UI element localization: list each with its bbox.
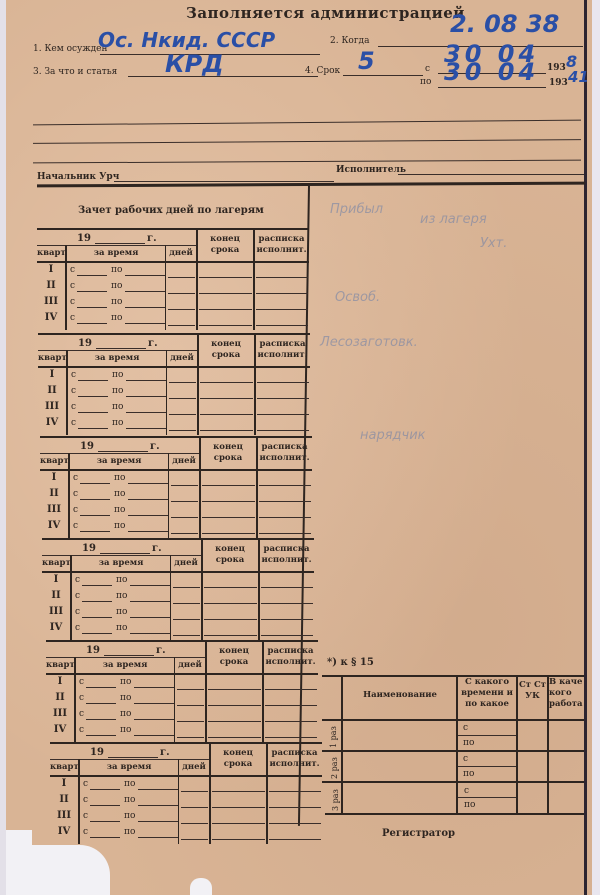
block-top [46, 640, 318, 642]
end-field[interactable] [208, 705, 261, 706]
quarter-label: IV [42, 622, 70, 633]
reg-col-role-3: работа [549, 699, 585, 710]
period-from-field[interactable] [86, 719, 116, 720]
period-from-label: с [73, 489, 78, 499]
days-field[interactable] [171, 501, 198, 502]
period-to-field[interactable] [130, 633, 170, 634]
reg-col-article-2: УК [518, 691, 547, 702]
period-from-field[interactable] [80, 531, 110, 532]
quarter-label: IV [50, 826, 78, 837]
period-to-field[interactable] [134, 703, 174, 704]
header-line [38, 350, 198, 351]
faint-note: Ухт. [480, 236, 507, 251]
footnote: *) к § 15 [327, 657, 374, 668]
days-field[interactable] [173, 587, 200, 588]
period-from-label: с [75, 607, 80, 617]
torn-notch [190, 878, 212, 895]
period-from-field[interactable] [77, 291, 107, 292]
sign-field[interactable] [269, 823, 321, 824]
when-value: 2. 08 38 [450, 10, 559, 38]
sign-field[interactable] [259, 533, 311, 534]
to-value: 30 04 [444, 58, 539, 86]
term-line [343, 75, 423, 76]
period-from-field[interactable] [86, 703, 116, 704]
col-sign-1: расписка [255, 339, 310, 350]
period-to-label: по [111, 313, 122, 323]
workdays-block: 19г.квартза времяднейконецсрокараспискаи… [37, 228, 309, 330]
reg-header-bottom [322, 719, 584, 721]
year-prefix: 19 [78, 338, 92, 349]
period-to-field[interactable] [126, 428, 166, 429]
period-from-label: с [70, 313, 75, 323]
end-field[interactable] [208, 737, 261, 738]
sign-field[interactable] [257, 414, 309, 415]
sign-field[interactable] [265, 705, 317, 706]
sign-field[interactable] [256, 309, 308, 310]
col-end-1: конец [200, 442, 256, 453]
reg-row-to: по [464, 800, 475, 810]
period-to-field[interactable] [126, 412, 166, 413]
col-end: конецсрока [200, 442, 256, 464]
header-line [37, 245, 197, 246]
end-field[interactable] [200, 398, 253, 399]
col-sign-1: расписка [257, 442, 312, 453]
reg-row2-bottom [322, 781, 584, 783]
end-field[interactable] [204, 635, 257, 636]
sign-field[interactable] [259, 501, 311, 502]
faint-note: Прибыл [330, 202, 383, 217]
quarter-label: I [38, 369, 66, 380]
end-field[interactable] [202, 485, 255, 486]
year-prefix: 19 [77, 233, 91, 244]
header-line [42, 555, 202, 556]
reg-row-from: с [464, 786, 469, 796]
quarter-label: IV [46, 724, 74, 735]
period-to-label: по [114, 489, 125, 499]
sign-field[interactable] [261, 587, 313, 588]
days-field[interactable] [169, 414, 196, 415]
sign-field[interactable] [261, 603, 313, 604]
period-to-label: по [124, 811, 135, 821]
period-from-label: с [75, 575, 80, 585]
reg-top [322, 675, 584, 677]
period-to-field[interactable] [125, 275, 165, 276]
v-quarter [74, 657, 76, 742]
reg-col-role: В каче кого работа [549, 677, 585, 710]
period-to-field[interactable] [125, 291, 165, 292]
days-field[interactable] [171, 517, 198, 518]
year-suffix: г. [152, 543, 162, 554]
period-from-label: с [73, 505, 78, 515]
v-sign [253, 228, 255, 330]
workdays-block: 19г.квартза времяднейконецсрокараспискаи… [46, 640, 318, 742]
period-from-field[interactable] [90, 789, 120, 790]
period-to-label: по [116, 575, 127, 585]
period-to-label: по [114, 473, 125, 483]
period-to-label: по [112, 386, 123, 396]
quarter-label: I [42, 574, 70, 585]
period-from-field[interactable] [78, 412, 108, 413]
v-sign [262, 640, 264, 742]
sign-field[interactable] [261, 619, 313, 620]
period-from-field[interactable] [80, 499, 110, 500]
v-sign [258, 538, 260, 640]
header-bottom [50, 775, 322, 777]
torn-edge [0, 0, 6, 895]
days-field[interactable] [177, 737, 204, 738]
col-quarter: кварт [50, 762, 78, 773]
period-to-field[interactable] [128, 483, 168, 484]
period-to-field[interactable] [125, 323, 165, 324]
period-from-field[interactable] [82, 601, 112, 602]
reg-col-article-1: Ст Ст [518, 680, 547, 691]
period-from-field[interactable] [77, 307, 107, 308]
quarter-label: II [46, 692, 74, 703]
period-to-field[interactable] [130, 585, 170, 586]
faint-note: нарядчик [360, 428, 426, 443]
end-field[interactable] [202, 501, 255, 502]
col-sign-2: исполнит. [257, 453, 312, 464]
period-to-label: по [124, 827, 135, 837]
block-top [37, 228, 309, 230]
reg-col-since-1: С какого [458, 677, 516, 688]
from-year-print: 193 [547, 63, 566, 73]
year-line [96, 348, 146, 349]
col-end: конецсрока [206, 646, 262, 668]
workdays-title: Зачет рабочих дней по лагерям [78, 205, 264, 216]
period-from-field[interactable] [82, 617, 112, 618]
days-field[interactable] [181, 791, 208, 792]
period-from-field[interactable] [78, 380, 108, 381]
days-field[interactable] [169, 430, 196, 431]
reg-col-article: Ст Ст УК [518, 680, 547, 702]
reg-row1-bottom [322, 750, 584, 752]
header-bottom [37, 261, 309, 263]
days-field[interactable] [169, 398, 196, 399]
block-top [42, 538, 314, 540]
block-top [38, 333, 310, 335]
v-quarter [68, 453, 70, 538]
torn-corner [0, 845, 110, 895]
sign-field[interactable] [257, 382, 309, 383]
col-end-1: конец [206, 646, 262, 657]
col-end-2: срока [197, 245, 253, 256]
col-sign: распискаисполнит. [254, 234, 309, 256]
period-to-field[interactable] [138, 789, 178, 790]
period-from-field[interactable] [82, 585, 112, 586]
period-to-label: по [112, 402, 123, 412]
reg-col-since-3: по какое [458, 699, 516, 710]
days-field[interactable] [169, 382, 196, 383]
v-days [165, 245, 166, 330]
term-value: 5 [358, 47, 375, 75]
period-from-field[interactable] [80, 483, 110, 484]
col-end-1: конец [202, 544, 258, 555]
v-end [197, 333, 199, 435]
days-field[interactable] [168, 325, 195, 326]
year-label: 19 [86, 645, 100, 656]
period-from-field[interactable] [90, 821, 120, 822]
v-quarter [70, 555, 72, 640]
to-line [438, 87, 546, 88]
col-sign-1: расписка [259, 544, 314, 555]
period-from-label: с [73, 521, 78, 531]
end-field[interactable] [212, 791, 265, 792]
quarter-label: IV [37, 312, 65, 323]
end-field[interactable] [200, 382, 253, 383]
period-to-field[interactable] [128, 531, 168, 532]
sign-field[interactable] [257, 430, 309, 431]
col-end-2: срока [200, 453, 256, 464]
period-from-label: с [83, 827, 88, 837]
year-line [104, 655, 154, 656]
blank-line-2 [33, 139, 581, 144]
quarter-label: II [37, 280, 65, 291]
quarter-label: I [46, 676, 74, 687]
end-field[interactable] [199, 277, 252, 278]
period-from-label: с [75, 591, 80, 601]
col-quarter: кварт [38, 353, 66, 364]
header-line [40, 453, 200, 454]
quarter-label: II [40, 488, 68, 499]
end-field[interactable] [202, 517, 255, 518]
v-sign [254, 333, 256, 435]
sign-field[interactable] [256, 293, 308, 294]
quarter-label: I [37, 264, 65, 275]
col-end-1: конец [210, 748, 266, 759]
end-field[interactable] [200, 430, 253, 431]
period-from-field[interactable] [80, 515, 110, 516]
period-to-label: по [111, 265, 122, 275]
end-field[interactable] [212, 839, 265, 840]
period-from-field[interactable] [86, 735, 116, 736]
quarter-label: IV [40, 520, 68, 531]
col-days: дней [169, 456, 199, 467]
term-label: 4. Срок [305, 66, 340, 76]
header-line [46, 657, 206, 658]
period-to-label: по [111, 297, 122, 307]
sign-field[interactable] [265, 689, 317, 690]
end-field[interactable] [199, 293, 252, 294]
period-to-field[interactable] [138, 837, 178, 838]
col-sign: распискаисполнит. [259, 544, 314, 566]
v-end [199, 436, 201, 538]
period-from-label: с [71, 402, 76, 412]
period-to-label: по [116, 607, 127, 617]
days-field[interactable] [177, 705, 204, 706]
days-field[interactable] [177, 721, 204, 722]
col-period: за время [68, 353, 166, 364]
reg-sub2 [458, 766, 516, 767]
v-end [205, 640, 207, 742]
period-to-field[interactable] [130, 617, 170, 618]
year-label: 19 [80, 441, 94, 452]
year-line [98, 451, 148, 452]
period-to-field[interactable] [128, 499, 168, 500]
sign-field[interactable] [256, 325, 308, 326]
col-end: конецсрока [202, 544, 258, 566]
quarter-label: I [40, 472, 68, 483]
reg-col-role-2: кого [549, 688, 585, 699]
col-quarter: кварт [42, 558, 70, 569]
end-field[interactable] [204, 587, 257, 588]
col-end-2: срока [210, 759, 266, 770]
col-days: дней [175, 660, 205, 671]
sign-field[interactable] [259, 517, 311, 518]
period-to-field[interactable] [138, 821, 178, 822]
article-label: 3. За что и статья [33, 67, 117, 77]
form-title: Заполняется администрацией [186, 4, 465, 22]
end-field[interactable] [204, 603, 257, 604]
col-end: конецсрока [210, 748, 266, 770]
col-sign: распискаисполнит. [257, 442, 312, 464]
col-end: конецсрока [198, 339, 254, 361]
period-from-label: с [70, 281, 75, 291]
reg-row-label: 1 раз [329, 726, 338, 748]
sign-field[interactable] [269, 807, 321, 808]
period-from-field[interactable] [90, 837, 120, 838]
period-to-label: по [124, 795, 135, 805]
days-field[interactable] [173, 635, 200, 636]
sign-field[interactable] [256, 277, 308, 278]
col-end-1: конец [198, 339, 254, 350]
period-to-field[interactable] [128, 515, 168, 516]
col-end: конецсрока [197, 234, 253, 256]
end-field[interactable] [200, 414, 253, 415]
period-from-field[interactable] [78, 396, 108, 397]
days-field[interactable] [173, 603, 200, 604]
col-end-2: срока [202, 555, 258, 566]
year-suffix: г. [148, 338, 158, 349]
period-to-field[interactable] [126, 380, 166, 381]
chief-label: Начальник Урч [37, 172, 119, 182]
period-from-field[interactable] [90, 805, 120, 806]
article-value: КРД [165, 50, 224, 78]
from-label: с [425, 64, 430, 74]
days-field[interactable] [177, 689, 204, 690]
v-quarter [65, 245, 67, 330]
period-to-field[interactable] [134, 735, 174, 736]
period-to-field[interactable] [134, 687, 174, 688]
period-from-field[interactable] [77, 323, 107, 324]
sign-field[interactable] [265, 737, 317, 738]
col-quarter: кварт [46, 660, 74, 671]
year-suffix: г. [156, 645, 166, 656]
sign-field[interactable] [261, 635, 313, 636]
period-from-field[interactable] [77, 275, 107, 276]
days-field[interactable] [173, 619, 200, 620]
col-sign: распискаисполнит. [255, 339, 310, 361]
period-to-field[interactable] [130, 601, 170, 602]
right-edge [584, 0, 587, 895]
v-sign [256, 436, 258, 538]
quarter-label: IV [38, 417, 66, 428]
end-field[interactable] [212, 823, 265, 824]
sign-field[interactable] [269, 791, 321, 792]
v-end [196, 228, 198, 330]
faint-note: Лесозаготовк. [320, 335, 418, 350]
registrar-label: Регистратор [382, 828, 455, 839]
header-bottom [42, 571, 314, 573]
period-to-field[interactable] [125, 307, 165, 308]
period-from-label: с [71, 418, 76, 428]
faint-note: Освоб. [335, 290, 380, 305]
quarter-label: I [50, 778, 78, 789]
period-to-label: по [112, 418, 123, 428]
days-field[interactable] [168, 309, 195, 310]
days-field[interactable] [181, 823, 208, 824]
end-field[interactable] [204, 619, 257, 620]
period-to-label: по [114, 505, 125, 515]
reg-row3-bottom [325, 813, 584, 815]
header-bottom [40, 469, 312, 471]
end-field[interactable] [199, 309, 252, 310]
col-period: за время [72, 558, 170, 569]
period-to-label: по [116, 591, 127, 601]
col-days: дней [167, 353, 197, 364]
col-quarter: кварт [40, 456, 68, 467]
period-from-field[interactable] [82, 633, 112, 634]
period-to-label: по [114, 521, 125, 531]
days-field[interactable] [168, 277, 195, 278]
sign-field[interactable] [257, 398, 309, 399]
days-field[interactable] [181, 839, 208, 840]
sign-field[interactable] [269, 839, 321, 840]
period-to-field[interactable] [138, 805, 178, 806]
period-to-label: по [120, 725, 131, 735]
header-bottom [46, 673, 318, 675]
days-field[interactable] [168, 293, 195, 294]
col-sign-2: исполнит. [263, 657, 318, 668]
period-to-field[interactable] [126, 396, 166, 397]
year-prefix: 19 [90, 747, 104, 758]
period-from-label: с [83, 811, 88, 821]
to-label: по [420, 77, 431, 87]
v-sign [266, 742, 268, 844]
col-sign-2: исполнит. [259, 555, 314, 566]
end-field[interactable] [212, 807, 265, 808]
end-field[interactable] [202, 533, 255, 534]
col-days: дней [171, 558, 201, 569]
quarter-label: III [40, 504, 68, 515]
period-to-field[interactable] [134, 719, 174, 720]
col-sign-1: расписка [254, 234, 309, 245]
when-label: 2. Когда [330, 36, 369, 46]
blank-line-3 [33, 160, 581, 164]
year-label: 19 [77, 233, 91, 244]
days-field[interactable] [181, 807, 208, 808]
period-from-label: с [70, 265, 75, 275]
reg-row-label: 3 раз [331, 789, 340, 811]
period-from-label: с [71, 386, 76, 396]
year-prefix: 19 [86, 645, 100, 656]
period-from-field[interactable] [86, 687, 116, 688]
reg-col-since: С какого времени и по какое [458, 677, 516, 710]
end-field[interactable] [199, 325, 252, 326]
sign-field[interactable] [265, 721, 317, 722]
col-sign-2: исполнит. [267, 759, 322, 770]
period-from-field[interactable] [78, 428, 108, 429]
days-field[interactable] [171, 533, 198, 534]
end-field[interactable] [208, 689, 261, 690]
end-field[interactable] [208, 721, 261, 722]
to-year-hand: 41 [568, 68, 589, 86]
days-field[interactable] [171, 485, 198, 486]
sign-field[interactable] [259, 485, 311, 486]
col-days: дней [166, 248, 196, 259]
workdays-block: 19г.квартза времяднейконецсрокараспискаи… [40, 436, 312, 538]
period-to-label: по [116, 623, 127, 633]
